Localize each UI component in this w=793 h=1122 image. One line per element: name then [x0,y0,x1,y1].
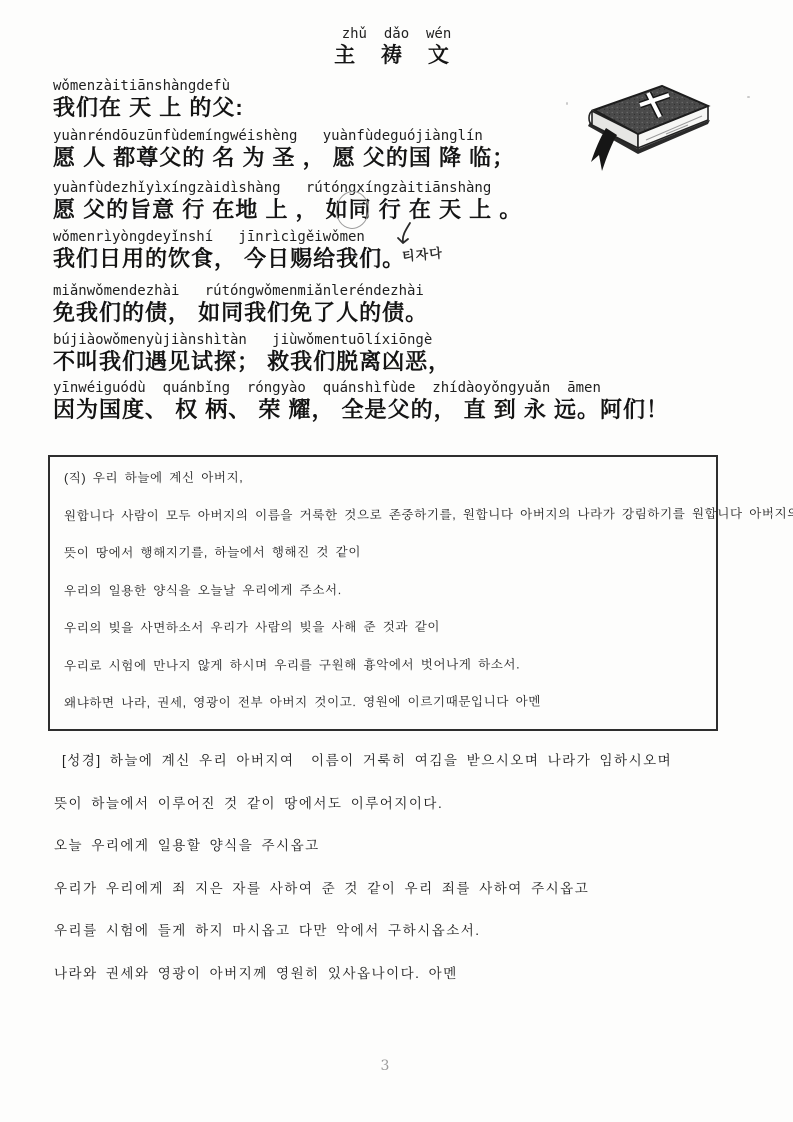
page-title-pinyin: zhǔ dǎo wén [0,26,793,42]
hanzi-text: 免我们的债， 如同我们免了人的债。 [53,300,428,326]
page-title: 主 祷 文 [0,44,793,68]
pinyin-text: miǎnwǒmendezhài rútóngwǒmenmiǎnleréndezh… [53,283,428,299]
bible-book-icon [576,76,716,181]
hanzi-text: 不叫我们遇见试探； 救我们脱离凶恶， [53,349,451,375]
bible-line: 우리를 시험에 들게 하지 마시옵고 다만 악에서 구하시옵소서. [54,922,754,939]
bible-line: 나라와 권세와 영광이 아버지께 영원히 있사옵나이다. 아멘 [54,965,754,982]
prayer-line-7: yīnwéiguódù quánbǐng róngyào quánshìfùde… [53,380,669,423]
hand-line: 우리의 일용한 양식을 오늘날 우리에게 주소서. [64,580,716,598]
title-block: zhǔ dǎo wén 主 祷 文 [0,26,793,68]
hanzi-text: 我们日用的饮食， 今日赐给我们。 [53,246,405,272]
hand-line: 왜냐하면 나라, 권세, 영광이 전부 아버지 것이고. 영원에 이르기때문입니… [64,693,716,711]
pinyin-text: bújiàowǒmenyùjiànshìtàn jiùwǒmentuōlíxiō… [53,332,451,348]
hanzi-text: 愿 人 都尊父的 名 为 圣 ， 愿 父的国 降 临； [53,145,515,171]
pinyin-text: wǒmenrìyòngdeyǐnshí jīnrìcìgěiwǒmen [53,229,405,245]
handwritten-korean-note: 티자다 [401,242,443,264]
bible-line: 오늘 우리에게 일용할 양식을 주시옵고 [54,837,754,854]
bible-line: 뜻이 하늘에서 이루어진 것 같이 땅에서도 이루어지이다. [54,795,754,812]
prayer-line-4: wǒmenrìyòngdeyǐnshí jīnrìcìgěiwǒmen 我们日用… [53,229,405,272]
pinyin-text: yuànfùdezhǐyìxíngzàidìshàng rútóngxíngzà… [53,180,522,196]
korean-direct-translation-box: (직) 우리 하늘에 계신 아버지, 원합니다 사람이 모두 아버지의 이름을 … [48,455,718,731]
hand-line: 우리의 빚을 사면하소서 우리가 사람의 빚을 사해 준 것과 같이 [64,618,716,636]
prayer-line-2: yuànréndōuzūnfùdemíngwéishèng yuànfùdegu… [53,128,515,171]
pinyin-text: yuànréndōuzūnfùdemíngwéishèng yuànfùdegu… [53,128,515,144]
prayer-line-3: yuànfùdezhǐyìxíngzàidìshàng rútóngxíngzà… [53,180,522,223]
prayer-line-6: bújiàowǒmenyùjiànshìtàn jiùwǒmentuōlíxiō… [53,332,451,375]
hand-line: 원합니다 사람이 모두 아버지의 이름을 거룩한 것으로 존중하기를, 원합니다… [64,505,716,523]
hand-line: 뜻이 땅에서 행해지기를, 하늘에서 행해진 것 같이 [64,543,716,561]
bible-line: 우리가 우리에게 죄 지은 자를 사하여 준 것 같이 우리 죄를 사하여 주시… [54,880,754,897]
scan-speck [566,102,568,105]
page-number: 3 [0,1058,770,1074]
hanzi-text: 因为国度、 权 柄、 荣 耀， 全是父的， 直 到 永 远。阿们！ [53,397,669,423]
bible-line: [성경] 하늘에 계신 우리 아버지여 이름이 거룩히 여김을 받으시오며 나라… [54,752,754,769]
scan-speck [770,513,773,515]
prayer-line-5: miǎnwǒmendezhài rútóngwǒmenmiǎnleréndezh… [53,283,428,326]
pinyin-text: wǒmenzàitiānshàngdefù [53,78,244,94]
scanned-document-page: zhǔ dǎo wén 主 祷 文 [0,0,793,1122]
hand-line: 우리로 시험에 만나지 않게 하시며 우리를 구원해 흉악에서 벗어나게 하소서… [64,655,716,673]
prayer-line-1: wǒmenzàitiānshàngdefù 我们在 天 上 的父: [53,78,244,121]
hand-line: (직) 우리 하늘에 계신 아버지, [64,468,716,486]
hanzi-text: 我们在 天 上 的父: [53,95,244,121]
korean-bible-section: [성경] 하늘에 계신 우리 아버지여 이름이 거룩히 여김을 받으시오며 나라… [54,752,754,1007]
pinyin-text: yīnwéiguódù quánbǐng róngyào quánshìfùde… [53,380,669,396]
hanzi-text: 愿 父的旨意 行 在地 上 ， 如同 行 在 天 上 。 [53,197,522,223]
scan-speck [747,96,750,98]
